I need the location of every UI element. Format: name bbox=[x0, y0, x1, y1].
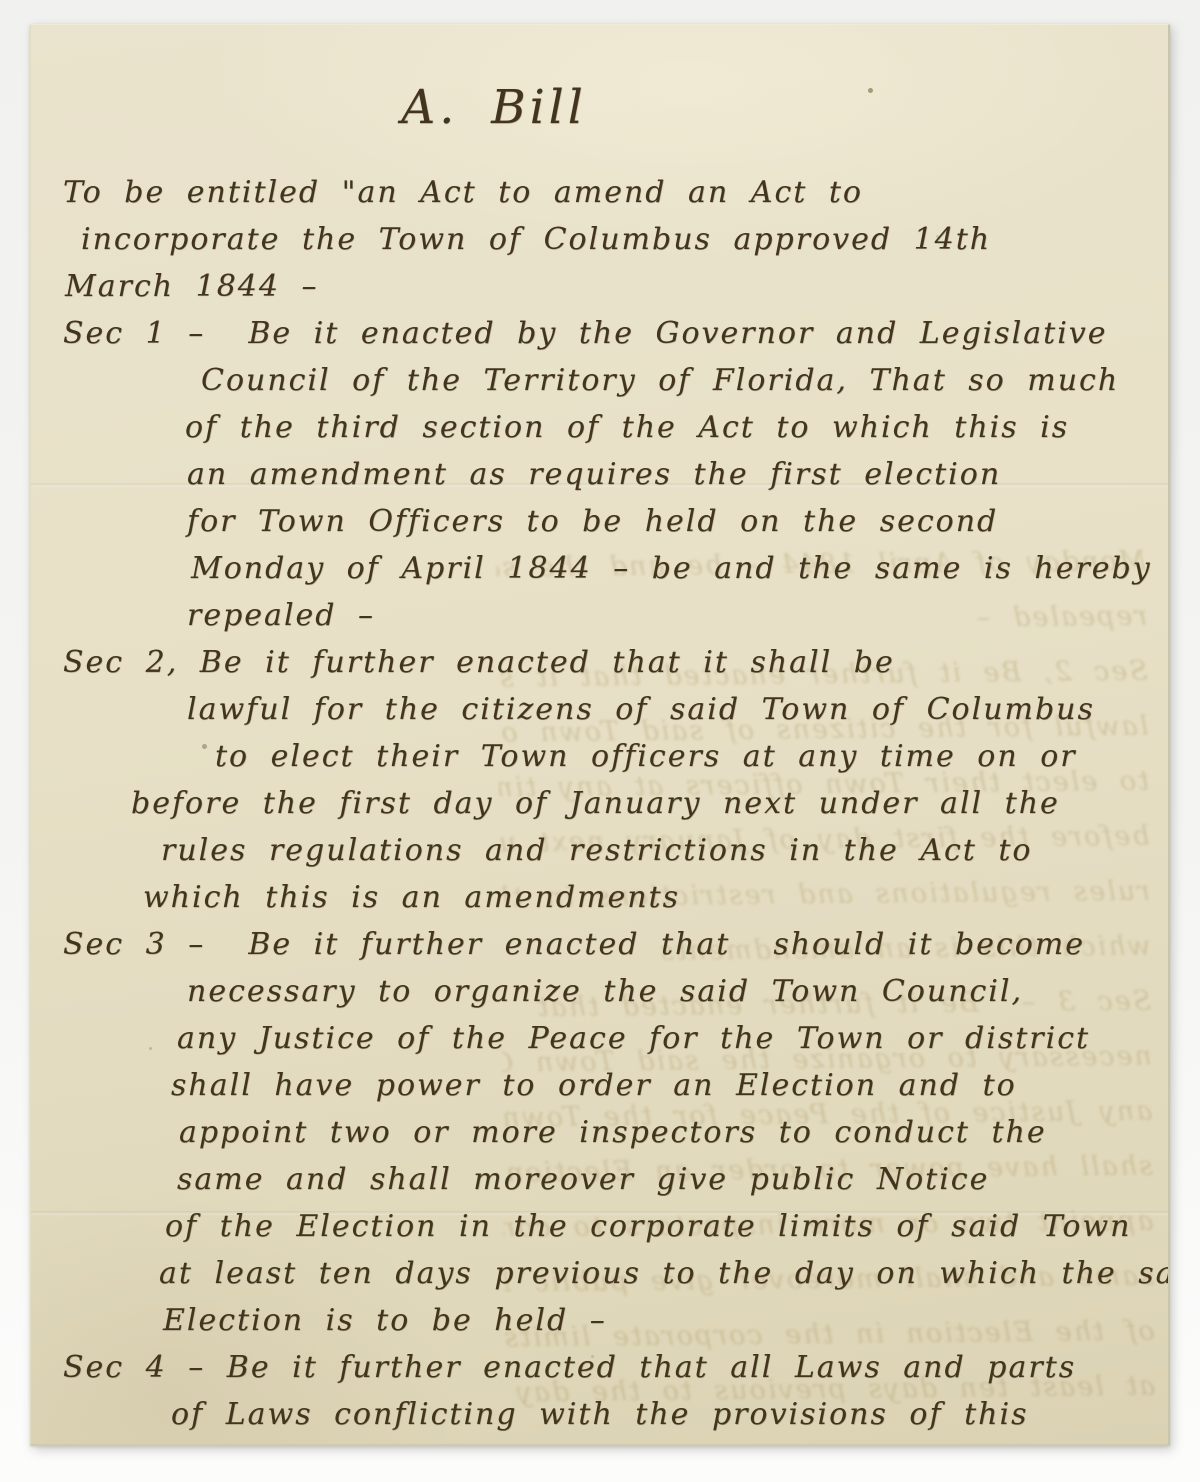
manuscript-line: Sec 4 – Be it further enacted that all L… bbox=[63, 1344, 1140, 1391]
manuscript-line: repealed – bbox=[187, 592, 1140, 639]
manuscript-line: which this is an amendments bbox=[143, 874, 1140, 921]
document-title: A. Bill bbox=[63, 77, 1140, 139]
manuscript-line: appoint two or more inspectors to conduc… bbox=[179, 1109, 1140, 1156]
manuscript-line: incorporate the Town of Columbus approve… bbox=[81, 216, 1140, 263]
manuscript-line: necessary to organize the said Town Coun… bbox=[187, 968, 1140, 1015]
manuscript-line: of the Election in the corporate limits … bbox=[165, 1203, 1140, 1250]
manuscript-line: Sec 1 – Be it enacted by the Governor an… bbox=[63, 310, 1140, 357]
ink-specks bbox=[31, 25, 34, 28]
manuscript-line: Sec 2, Be it further enacted that it sha… bbox=[63, 639, 1140, 686]
manuscript-line: to elect their Town officers at any time… bbox=[215, 733, 1140, 780]
manuscript-line: Council of the Territory of Florida, Tha… bbox=[201, 357, 1140, 404]
manuscript-line: at least ten days previous to the day on… bbox=[159, 1250, 1140, 1297]
manuscript-line: rules regulations and restrictions in th… bbox=[161, 827, 1140, 874]
manuscript-line: an amendment as requires the first elect… bbox=[187, 451, 1140, 498]
manuscript-lines: To be entitled "an Act to amend an Act t… bbox=[63, 169, 1140, 1438]
manuscript-line: before the first day of January next und… bbox=[131, 780, 1140, 827]
manuscript-line: Monday of April 1844 – be and the same i… bbox=[191, 545, 1140, 592]
manuscript-line: March 1844 – bbox=[65, 263, 1140, 310]
manuscript-line: shall have power to order an Election an… bbox=[171, 1062, 1140, 1109]
manuscript-line: Election is to be held – bbox=[163, 1297, 1140, 1344]
manuscript-line: of the third section of the Act to which… bbox=[185, 404, 1140, 451]
manuscript-line: for Town Officers to be held on the seco… bbox=[187, 498, 1140, 545]
manuscript-line: of Laws conflicting with the provisions … bbox=[171, 1391, 1140, 1438]
document-page: Monday of April 1844 – be and the same i… bbox=[30, 24, 1170, 1446]
manuscript-line: To be entitled "an Act to amend an Act t… bbox=[63, 169, 1140, 216]
manuscript-line: Sec 3 – Be it further enacted that shoul… bbox=[63, 921, 1140, 968]
manuscript-line: lawful for the citizens of said Town of … bbox=[187, 686, 1140, 733]
manuscript-line: any Justice of the Peace for the Town or… bbox=[177, 1015, 1140, 1062]
manuscript-line: same and shall moreover give public Noti… bbox=[177, 1156, 1140, 1203]
